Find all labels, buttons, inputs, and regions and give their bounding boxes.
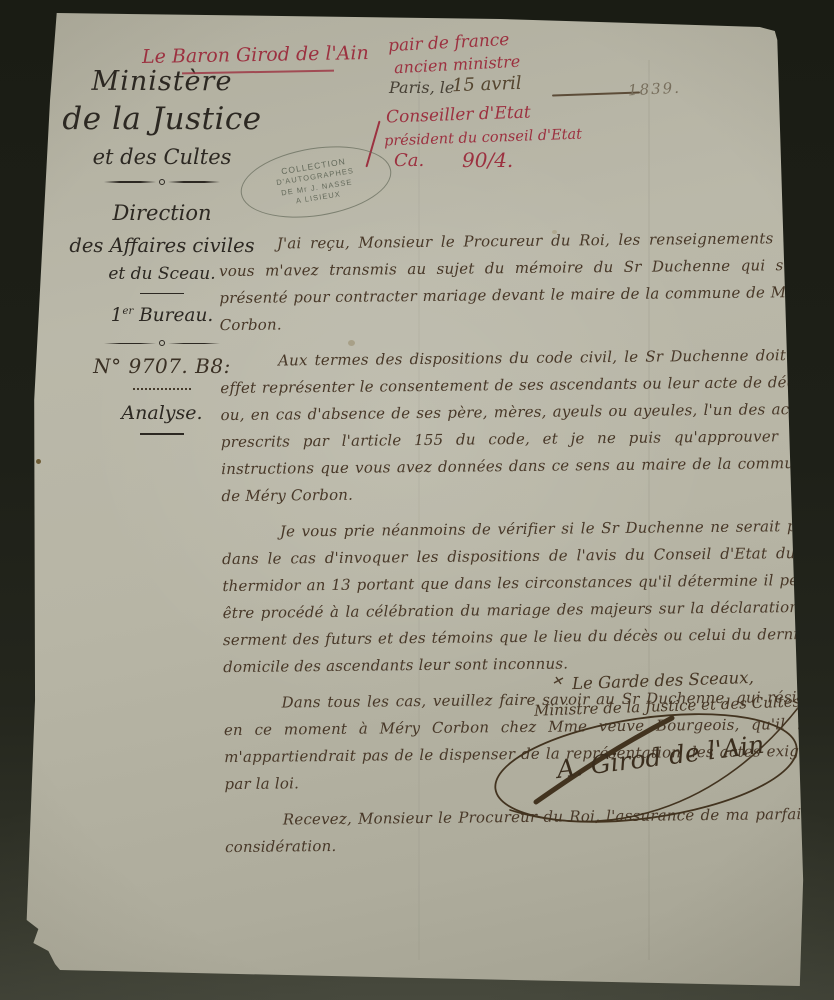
photograph-background: Ministère de la Justice et des Cultes Di… (0, 0, 834, 1000)
foxing-spot (36, 459, 41, 464)
dateline-printed: Paris, le (389, 78, 454, 97)
letterhead-justice: de la Justice (58, 101, 266, 137)
body-paragraph: Je vous prie néanmoins de vérifier si le… (222, 513, 816, 681)
dateline-year: 1839. (628, 79, 682, 100)
dotted-rule (133, 388, 191, 390)
signature-name: A. Girod de l'Ain (553, 730, 766, 784)
signature-girod-de-lain: A. Girod de l'Ain (458, 660, 826, 838)
letterhead-ornament (58, 179, 266, 185)
letterhead-rule (140, 433, 184, 434)
annotation-baron-name: Le Baron Girod de l'Ain (142, 42, 369, 68)
letterhead-rule (140, 293, 184, 294)
annotation-price: 90/4. (462, 148, 513, 172)
letterhead-cultes: et des Cultes (58, 145, 266, 169)
letterhead-direction: Direction (58, 201, 266, 225)
body-paragraph: J'ai reçu, Monsieur le Procureur du Roi,… (219, 225, 812, 339)
dateline-handwritten: 15 avril (452, 73, 522, 96)
letter-paper: Ministère de la Justice et des Cultes Di… (0, 0, 834, 1000)
body-paragraph: Aux termes des dispositions du code civi… (220, 342, 814, 510)
annotation-code: Ca. (394, 150, 424, 171)
